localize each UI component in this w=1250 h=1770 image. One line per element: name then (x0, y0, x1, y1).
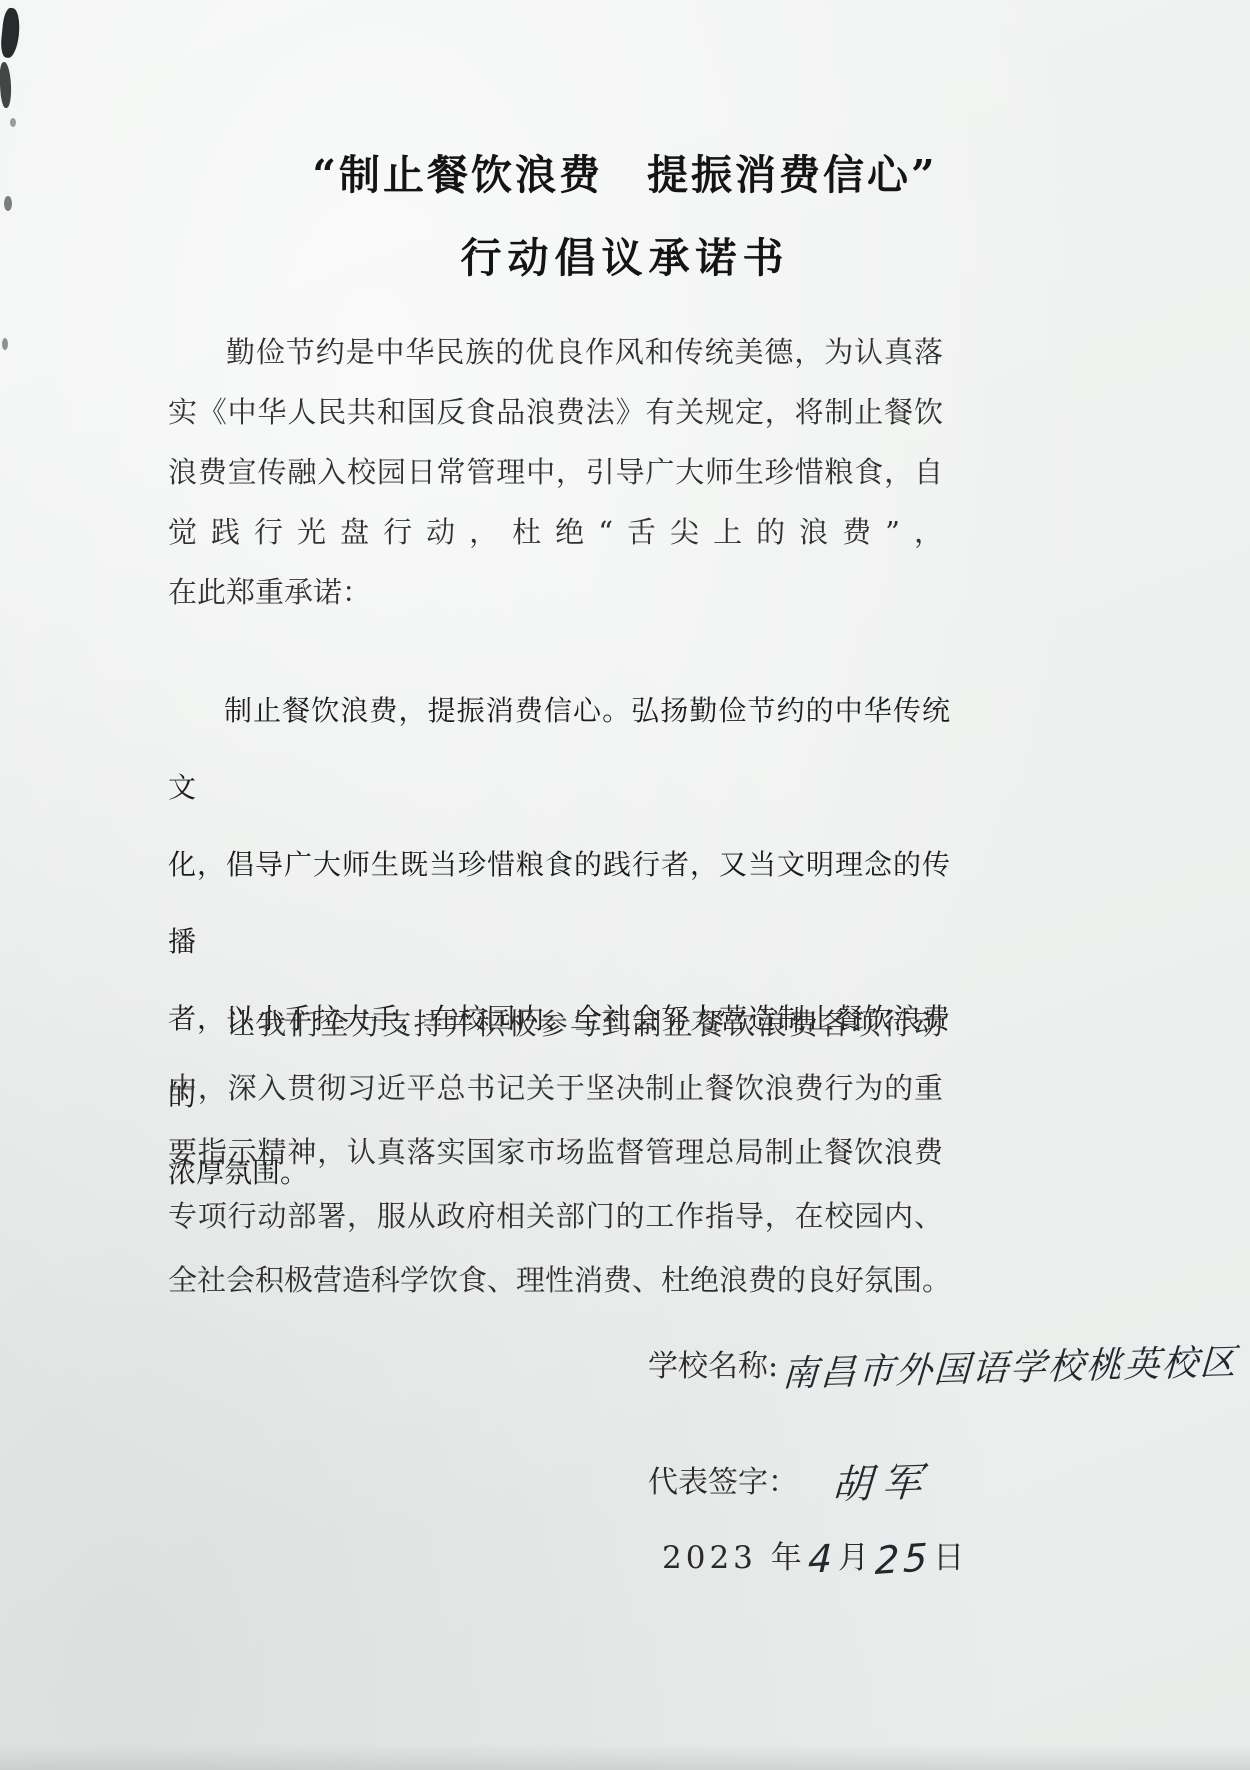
paragraph-line: 化，倡导广大师生既当珍惜粮食的践行者，又当文明理念的传播 (168, 826, 950, 980)
school-name-handwritten: 南昌市外国语学校桃英校区 (781, 1334, 1239, 1397)
title-line-2: 行动倡议承诺书 (0, 225, 1250, 284)
paragraph-line: 实《中华人民共和国反食品浪费法》有关规定，将制止餐饮 (168, 382, 943, 442)
paragraph-line: 觉践行光盘行动，杜绝“舌尖上的浪费”， (168, 502, 943, 562)
date-year: 2023 年 (662, 1540, 806, 1576)
title-line-1: “制止餐饮浪费 提振消费信心” (0, 142, 1250, 201)
paragraph-line: 专项行动部署，服从政府相关部门的工作指导，在校园内、 (168, 1184, 943, 1248)
date-row: 2023 年4月25日 (662, 1532, 968, 1581)
representative-signature-row: 代表签字：胡军 (648, 1452, 932, 1509)
scan-artifact (10, 118, 16, 127)
paragraph-line: 中，深入贯彻习近平总书记关于坚决制止餐饮浪费行为的重 (168, 1056, 943, 1120)
date-month-handwritten: 4 (807, 1536, 837, 1582)
document-title: “制止餐饮浪费 提振消费信心” 行动倡议承诺书 (0, 142, 1250, 284)
paragraph-line: 全社会积极营造科学饮食、理性消费、杜绝浪费的良好氛围。 (168, 1248, 943, 1312)
paragraph-pledge-intro: 勤俭节约是中华民族的优良作风和传统美德，为认真落实《中华人民共和国反食品浪费法》… (168, 322, 943, 622)
paragraph-line: 在此郑重承诺： (168, 562, 943, 622)
paragraph-line: 浪费宣传融入校园日常管理中，引导广大师生珍惜粮食，自 (168, 442, 943, 502)
signature-handwritten: 胡军 (831, 1450, 934, 1511)
paragraph-line: 制止餐饮浪费，提振消费信心。弘扬勤俭节约的中华传统文 (168, 672, 950, 826)
paragraph-line: 要指示精神，认真落实国家市场监督管理总局制止餐饮浪费 (168, 1120, 943, 1184)
paragraph-line: 让我们全力支持并积极参与到制止餐饮浪费各项行动 (168, 992, 943, 1056)
scan-artifact (0, 62, 13, 109)
school-name-row: 学校名称:南昌市外国语学校桃英校区 (648, 1340, 1238, 1391)
scanned-document-page: “制止餐饮浪费 提振消费信心” 行动倡议承诺书 勤俭节约是中华民族的优良作风和传… (0, 0, 1250, 1770)
paragraph-commitment-2: 让我们全力支持并积极参与到制止餐饮浪费各项行动中，深入贯彻习近平总书记关于坚决制… (168, 992, 943, 1312)
scan-artifact (0, 7, 22, 59)
scan-artifact (2, 338, 8, 350)
signature-label: 代表签字： (648, 1465, 798, 1500)
date-day-handwritten: 25 (874, 1535, 932, 1583)
paragraph-line: 勤俭节约是中华民族的优良作风和传统美德，为认真落 (168, 322, 943, 382)
date-month-label: 月 (838, 1540, 873, 1576)
date-day-label: 日 (933, 1540, 968, 1576)
school-name-label: 学校名称: (648, 1349, 778, 1384)
